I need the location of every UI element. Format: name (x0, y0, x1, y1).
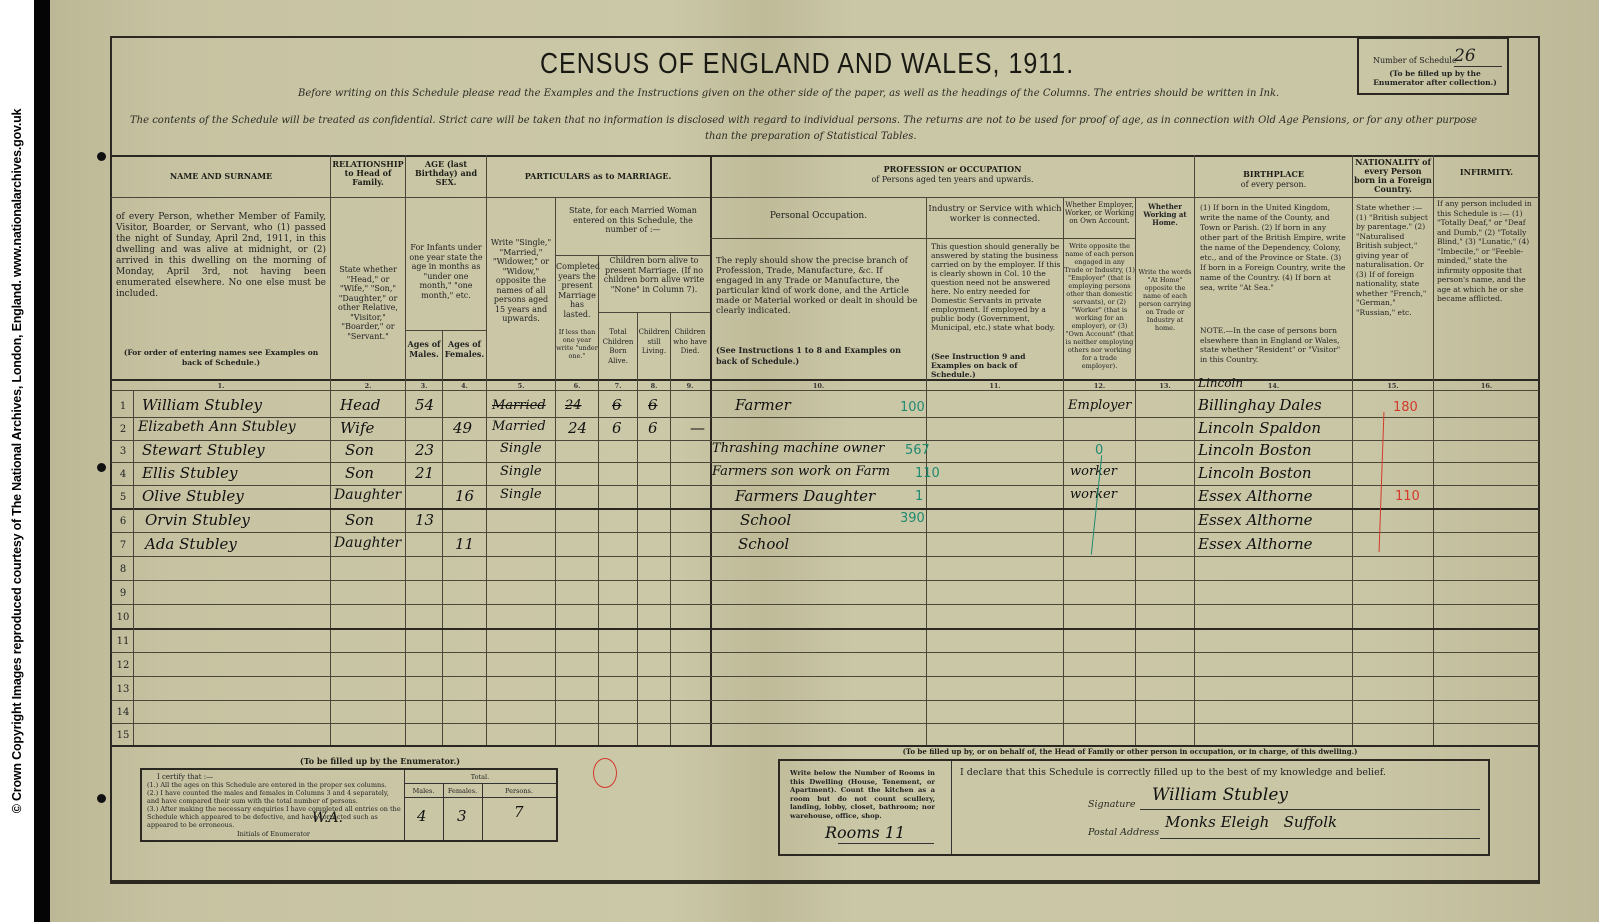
col-occupation-subtitle: of Persons aged ten years and upwards. (711, 175, 1194, 185)
birthplace: Lincoln Boston (1198, 441, 1312, 459)
marital-status: Married (492, 419, 546, 434)
age-male: 23 (415, 441, 434, 459)
instruction-line-2: The contents of the Schedule will be tre… (130, 115, 1477, 126)
col-employer-desc: Write opposite the name of each person e… (1064, 242, 1135, 370)
col-birthplace-note: NOTE.—In the case of persons born elsewh… (1200, 326, 1348, 364)
scan-edge (34, 0, 50, 922)
birthplace: Lincoln Spaldon (1198, 419, 1321, 437)
occupation: Farmer (735, 396, 791, 414)
column-number: 9. (671, 382, 709, 390)
col-home-desc: Write the words "At Home" opposite the n… (1136, 268, 1194, 332)
col-marriage-heading: PARTICULARS as to MARRIAGE. (487, 172, 709, 181)
col-birthplace-heading: BIRTHPLACE (1195, 170, 1352, 179)
col-children-born: Total Children Born Alive. (599, 328, 637, 366)
col-personal-occupation-note: (See Instructions 1 to 8 and Examples on… (716, 345, 922, 367)
col-children-living: Children still Living. (638, 328, 670, 357)
marriage-years: 24 (565, 398, 582, 413)
children-born: 6 (612, 396, 622, 414)
enumerator-heading: (To be filled up by the Enumerator.) (250, 757, 510, 766)
copyright-credit: © Crown Copyright Images reproduced cour… (0, 0, 34, 922)
birthplace: Essex Althorne (1198, 535, 1313, 553)
certify-item-1: (1.) All the ages on this Schedule are e… (147, 781, 402, 789)
col-age-desc: For Infants under one year state the age… (407, 243, 485, 300)
birthplace-county: Lincoln (1198, 376, 1243, 390)
relationship: Head (340, 396, 381, 414)
page-title: CENSUS OF ENGLAND AND WALES, 1911. (540, 48, 1074, 81)
empty-row-number: 14 (112, 707, 134, 718)
relationship: Daughter (334, 487, 401, 503)
children-died: — (690, 419, 705, 437)
relationship: Wife (340, 419, 374, 437)
red-circle-mark (593, 758, 617, 788)
occupation-code: 567 (905, 443, 930, 458)
col-home: Whether Working at Home. (1136, 203, 1194, 227)
schedule-number-value: 26 (1454, 46, 1502, 67)
col-age-females: Ages of Females. (443, 340, 486, 359)
relationship: Son (345, 511, 374, 529)
col-relationship-heading: RELATIONSHIP to Head of Family. (331, 160, 405, 187)
enumerator-initials: W.A. (312, 810, 343, 826)
schedule-number-label: Number of Schedule (1373, 56, 1457, 65)
punch-hole (97, 463, 106, 472)
occupation: Thrashing machine owner (712, 441, 884, 456)
occupation: School (738, 535, 789, 553)
column-number: 5. (487, 382, 555, 390)
relationship: Son (345, 464, 374, 482)
enumerator-certificate-box: I certify that :— (1.) All the ages on t… (140, 768, 558, 842)
column-number: 2. (331, 382, 405, 390)
declaration-text: I declare that this Schedule is correctl… (960, 767, 1386, 778)
column-number: 12. (1064, 382, 1135, 390)
column-number: 1. (112, 382, 330, 390)
employment-status: Employer (1068, 398, 1131, 413)
col-marriage-status-desc: Write "Single," "Married," "Widower," or… (488, 238, 554, 324)
birthplace: Essex Althorne (1198, 487, 1313, 505)
punch-hole (97, 794, 106, 803)
col-nationality-desc: State whether :— (1) "British subject by… (1356, 203, 1432, 317)
occupier-heading: (To be filled up by, or on behalf of, th… (820, 747, 1440, 756)
column-number: 6. (556, 382, 598, 390)
col-marriage-state-desc: State, for each Married Woman entered on… (557, 206, 709, 235)
person-name: William Stubley (142, 396, 262, 414)
occupation-code: 100 (900, 400, 925, 415)
column-number: 8. (638, 382, 670, 390)
age-male: 21 (415, 464, 434, 482)
marital-status: Single (500, 464, 542, 479)
marriage-years: 24 (568, 419, 587, 437)
empty-row-number: 8 (112, 564, 134, 575)
total-females: 3 (457, 807, 467, 825)
col-age-heading: AGE (last Birthday) and SEX. (406, 160, 486, 187)
relationship: Daughter (334, 535, 401, 551)
occupation-code: 110 (915, 466, 940, 481)
birthplace: Billinghay Dales (1198, 396, 1322, 414)
occupation-code: 390 (900, 511, 925, 526)
birthplace: Lincoln Boston (1198, 464, 1312, 482)
total-label: Total. (404, 773, 556, 783)
col-occupation-heading: PROFESSION or OCCUPATION (711, 165, 1194, 174)
person-name: Ellis Stubley (142, 464, 238, 482)
empty-row-number: 9 (112, 588, 134, 599)
instruction-line-3: than the preparation of Statistical Tabl… (705, 131, 917, 142)
person-name: Elizabeth Ann Stubley (138, 419, 296, 435)
females-label: Females. (443, 787, 482, 797)
col-marriage-children-desc: Children born alive to present Marriage.… (599, 256, 709, 294)
col-birthplace-subtitle: of every person. (1195, 180, 1352, 190)
column-number: 4. (443, 382, 486, 390)
col-industry-note: (See Instruction 9 and Examples on back … (931, 352, 1061, 379)
postal-address: Monks Eleigh Suffolk (1165, 813, 1337, 831)
empty-row-number: 13 (112, 684, 134, 695)
col-marriage-years-note: If less than one year write "under one." (556, 328, 598, 360)
col-infirmity-desc: If any person included in this Schedule … (1437, 199, 1537, 304)
marital-status: Single (500, 441, 542, 456)
col-infirmity-heading: INFIRMITY. (1434, 168, 1539, 177)
children-born: 6 (612, 419, 622, 437)
punch-hole (97, 152, 106, 161)
schedule-number-box: Number of Schedule 26 (To be filled up b… (1357, 37, 1509, 95)
person-name: Stewart Stubley (142, 441, 265, 459)
column-number: 11. (927, 382, 1063, 390)
col-name-heading: NAME AND SURNAME (112, 172, 330, 181)
column-number: 16. (1434, 382, 1539, 390)
children-living: 6 (648, 419, 658, 437)
age-male: 54 (415, 396, 434, 414)
empty-row-number: 10 (112, 612, 134, 623)
col-industry-desc: This question should generally be answer… (931, 242, 1061, 332)
males-label: Males. (404, 787, 443, 797)
certify-item-3: (3.) After making the necessary enquirie… (147, 805, 402, 829)
person-name: Ada Stubley (145, 535, 237, 553)
instruction-line-1: Before writing on this Schedule please r… (298, 88, 1279, 99)
signature-label: Signature (1088, 799, 1136, 810)
total-persons: 7 (514, 803, 524, 821)
birthplace: Essex Althorne (1198, 511, 1313, 529)
children-living: 6 (648, 396, 658, 414)
occupation: School (740, 511, 791, 529)
column-number: 7. (599, 382, 637, 390)
certify-label: I certify that :— (157, 773, 213, 781)
column-number: 15. (1353, 382, 1433, 390)
empty-row-number: 11 (112, 636, 134, 647)
rooms-count: Rooms 11 (825, 823, 905, 842)
col-marriage-years: Completed years the present Marriage has… (556, 262, 598, 319)
column-number: 13. (1136, 382, 1194, 390)
occupation-code: 1 (915, 489, 923, 504)
signature: William Stubley (1152, 785, 1288, 805)
col-personal-occupation-desc: The reply should show the precise branch… (716, 256, 922, 316)
nationality-code: 110 (1395, 489, 1420, 504)
relationship: Son (345, 441, 374, 459)
marital-status: Married (492, 398, 546, 413)
empty-row-number: 12 (112, 660, 134, 671)
marital-status: Single (500, 487, 542, 502)
col-age-males: Ages of Males. (406, 340, 442, 359)
nationality-code: 180 (1393, 400, 1418, 415)
age-female: 11 (455, 535, 474, 553)
schedule-number-note: (To be filled up by the Enumerator after… (1365, 69, 1505, 87)
postal-address-label: Postal Address (1088, 827, 1159, 838)
rooms-instruction: Write below the Number of Rooms in this … (790, 769, 935, 820)
age-female: 16 (455, 487, 474, 505)
col-employer: Whether Employer, Worker, or Working on … (1064, 201, 1135, 225)
employment-status: worker (1070, 487, 1117, 502)
col-name-desc: of every Person, whether Member of Famil… (116, 212, 326, 300)
occupier-declaration-box: Write below the Number of Rooms in this … (778, 759, 1490, 856)
age-male: 13 (415, 511, 434, 529)
initials-label: Initials of Enumerator (237, 829, 310, 840)
col-relationship-desc: State whether "Head," or "Wife," "Son," … (333, 265, 403, 341)
col-nationality-heading: NATIONALITY of every Person born in a Fo… (1353, 158, 1433, 194)
column-number: 10. (711, 382, 926, 390)
persons-label: Persons. (482, 787, 556, 797)
person-name: Olive Stubley (142, 487, 244, 505)
occupation: Farmers son work on Farm (712, 464, 890, 479)
col-industry: Industry or Service with which worker is… (928, 205, 1062, 224)
certify-item-2: (2.) I have counted the males and female… (147, 789, 402, 805)
col-birthplace-desc: (1) If born in the United Kingdom, write… (1200, 203, 1348, 293)
column-number: 3. (406, 382, 442, 390)
col-children-died: Children who have Died. (671, 328, 709, 357)
col-name-note: (For order of entering names see Example… (114, 348, 328, 367)
empty-row-number: 15 (112, 730, 134, 741)
total-males: 4 (417, 807, 427, 825)
employment-status: worker (1070, 464, 1117, 479)
age-female: 49 (453, 419, 472, 437)
person-name: Orvin Stubley (145, 511, 250, 529)
col-personal-occupation: Personal Occupation. (712, 212, 925, 222)
occupation: Farmers Daughter (735, 487, 875, 505)
